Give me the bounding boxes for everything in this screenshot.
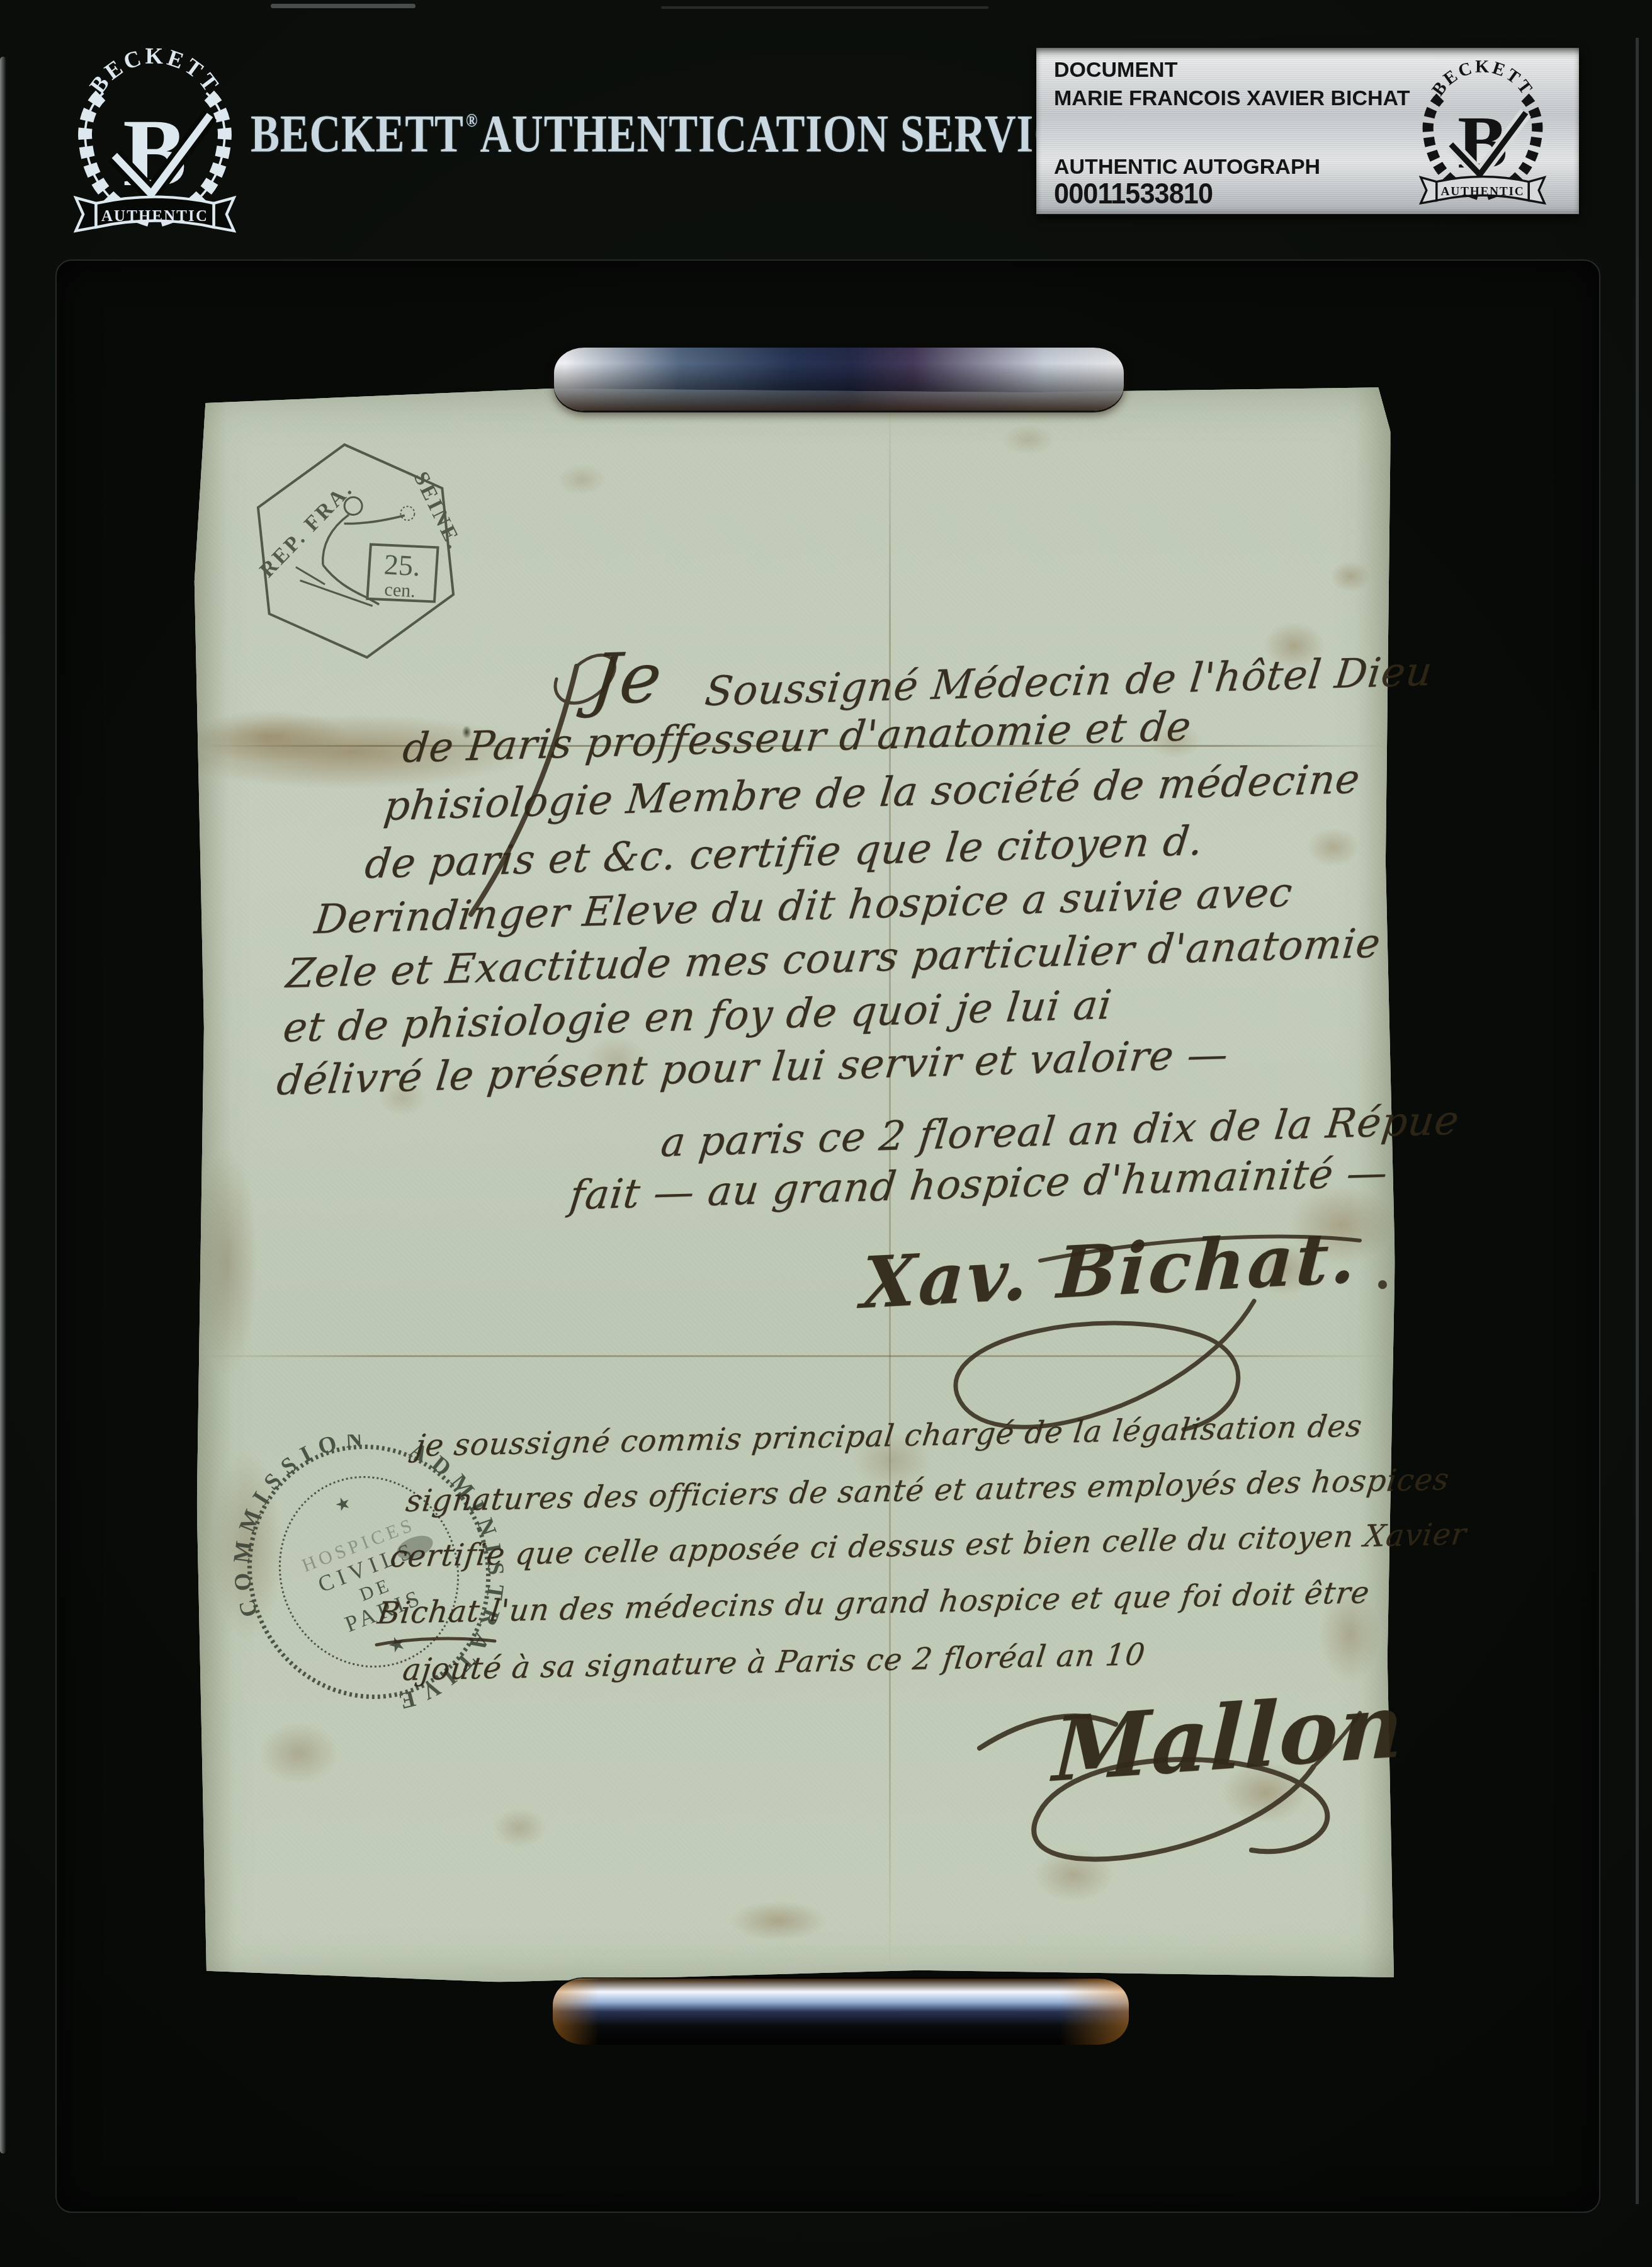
- mallon-flourish-icon: [1034, 1759, 1327, 1859]
- signature-period-dot: [1378, 1280, 1387, 1289]
- mallon-presweep-icon: [980, 1716, 1116, 1748]
- bichat-underline-icon: [376, 1639, 495, 1645]
- slab-photo: BECKETT B AUTHENTIC BECKETT®AUTHENTICATI…: [0, 0, 1652, 2267]
- bichat-flourish-icon: [956, 1301, 1254, 1429]
- je-flourish-icon: [471, 666, 577, 914]
- bichat-crossbar-icon: [1040, 1237, 1360, 1261]
- ink-flourishes: [0, 0, 1652, 2267]
